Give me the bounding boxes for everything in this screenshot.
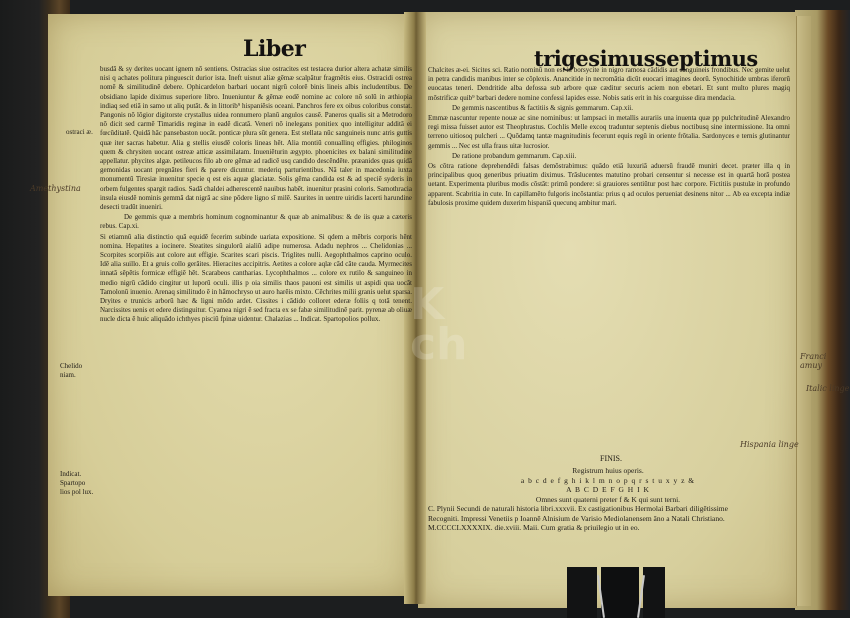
colophon-line: Recogniti. Impressi Venetiis p Ioannē Al… xyxy=(428,514,788,524)
left-paragraph: Si etiamnū alia distinctio quā equidē fe… xyxy=(100,233,412,325)
finis-mark: FINIS. xyxy=(600,454,622,463)
right-paragraph: Emmæ nascuntur repente nouæ ac sine nomi… xyxy=(428,114,790,151)
handwritten-note-left: Amethystina xyxy=(30,184,81,193)
chapter-heading: De gemmis quæ a membris hominum cognomin… xyxy=(100,213,412,231)
left-paragraph: busdā & sy derites uocant ignem nō senti… xyxy=(100,65,412,212)
binder-clip xyxy=(567,567,665,618)
marginal-note-chelidoniam: Chelido niam. xyxy=(60,362,92,380)
right-paragraph: Chalcites æ-ei. Sicites sci. Ratio nomin… xyxy=(428,66,790,103)
register-uppercase: A B C D E F G H I K xyxy=(428,485,788,495)
marginal-note-ostracias: ostraci æ. xyxy=(66,128,93,137)
register-title: Registrum huius operis. xyxy=(428,466,788,476)
handwritten-note-right-3: Hispania linge xyxy=(740,440,799,449)
handwritten-note-right-2: Italic linge xyxy=(806,384,849,393)
colophon-line: C. Plynii Secundi de naturali historia l… xyxy=(428,504,788,514)
register-lowercase: a b c d e f g h i k l m n o p q r s t u … xyxy=(428,476,788,486)
chapter-heading: De gemmis nascentibus & factitiis & sign… xyxy=(428,104,790,113)
colophon-line: M.CCCCLXXXXIX. die.xviii. Maii. Cum grat… xyxy=(428,523,788,533)
left-text-column: busdā & sy derites uocant ignem nō senti… xyxy=(100,65,412,325)
right-text-column: Chalcites æ-ei. Sicites sci. Ratio nomin… xyxy=(428,66,790,208)
handwritten-note-right-1: Franci amuy xyxy=(800,352,850,370)
left-running-head: Liber xyxy=(243,36,305,62)
right-paragraph: Os cōtra ratione deprehendēdi falsas dem… xyxy=(428,162,790,208)
register-note: Omnes sunt quaterni preter f & K qui sun… xyxy=(428,495,788,505)
marginal-note-indicat: Indicat. Spartopo lios pol lux. xyxy=(60,470,94,497)
page-fore-edge xyxy=(796,16,811,606)
colophon-block: Registrum huius operis. a b c d e f g h … xyxy=(428,466,788,533)
watermark: K ch xyxy=(410,285,467,365)
chapter-heading: De ratione probandum gemmarum. Cap.xiii. xyxy=(428,152,790,161)
